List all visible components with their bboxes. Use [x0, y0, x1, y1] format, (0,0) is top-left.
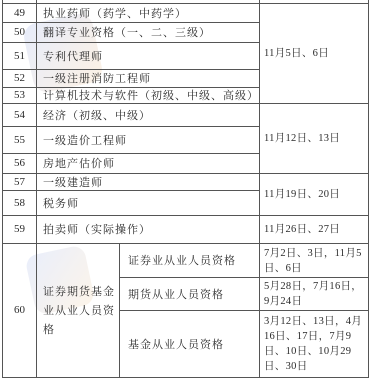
qualification-name: 专利代理师 [37, 43, 260, 70]
qualification-name: 经济（初级、中级） [37, 104, 260, 127]
qualification-name: 证券期货基金业从业人员资格 [37, 244, 120, 378]
table-row: 60 证券期货基金业从业人员资格 证券业从业人员资格 7月2日、3日，11月5日… [3, 244, 369, 278]
row-number: 49 [3, 4, 37, 23]
exam-date: 3月12日、13日，4月16日、17日，7月9日、10日、10月29日、30日 [260, 311, 369, 378]
row-number: 54 [3, 104, 37, 127]
qualification-name: 计算机技术与软件（初级、中级、高级） [37, 88, 260, 104]
qualification-name: 拍卖师（实际操作） [37, 216, 260, 244]
qualification-name: 房地产估价师 [37, 154, 260, 174]
qualification-name: 翻译专业资格（一、二、三级） [37, 23, 260, 43]
sub-qualification-name: 证券业从业人员资格 [120, 244, 260, 278]
row-number: 53 [3, 88, 37, 104]
row-number: 51 [3, 43, 37, 70]
table-row: 59 拍卖师（实际操作） 11月26日、27日 [3, 216, 369, 244]
exam-date: 11月19日、20日 [260, 174, 369, 216]
exam-date: 7月2日、3日，11月5日、6日 [260, 244, 369, 278]
row-number: 58 [3, 191, 37, 216]
row-number: 50 [3, 23, 37, 43]
row-number: 55 [3, 127, 37, 154]
exam-date: 5月28日，7月16日，9月24日 [260, 278, 369, 311]
table-row: 49 执业药师（药学、中药学） 11月5日、6日 [3, 4, 369, 23]
exam-schedule-table: 49 执业药师（药学、中药学） 11月5日、6日 50 翻译专业资格（一、二、三… [2, 3, 369, 378]
exam-date: 11月12日、13日 [260, 104, 369, 174]
row-number: 52 [3, 70, 37, 88]
qualification-name: 税务师 [37, 191, 260, 216]
exam-date: 11月5日、6日 [260, 4, 369, 104]
sub-qualification-name: 期货从业人员资格 [120, 278, 260, 311]
exam-date: 11月26日、27日 [260, 216, 369, 244]
qualification-name: 一级注册消防工程师 [37, 70, 260, 88]
row-number: 56 [3, 154, 37, 174]
table-row: 54 经济（初级、中级） 11月12日、13日 [3, 104, 369, 127]
qualification-name: 一级造价工程师 [37, 127, 260, 154]
row-number: 57 [3, 174, 37, 191]
table-row: 57 一级建造师 11月19日、20日 [3, 174, 369, 191]
row-number: 59 [3, 216, 37, 244]
row-number: 60 [3, 244, 37, 378]
sub-qualification-name: 基金从业人员资格 [120, 311, 260, 378]
qualification-name: 执业药师（药学、中药学） [37, 4, 260, 23]
qualification-name: 一级建造师 [37, 174, 260, 191]
